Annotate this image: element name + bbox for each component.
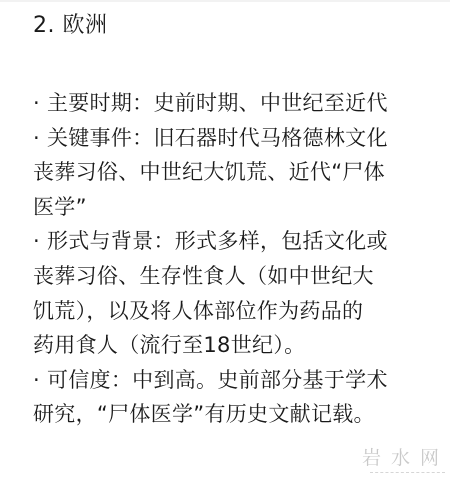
document-body: · 主要时期：史前时期、中世纪至近代 · 关键事件：旧石器时代马格德林文化 丧葬… (33, 86, 425, 432)
text-line-credibility-cont: 研究，“尸体医学”有历史文献记载。 (33, 397, 425, 432)
text-line-form-background-cont-2: 饥荒），以及将人体部位作为药品的 (33, 294, 425, 329)
text-line-form-background: · 形式与背景：形式多样，包括文化或 (33, 224, 425, 259)
text-line-key-events: · 关键事件：旧石器时代马格德林文化 (33, 121, 425, 156)
text-line-form-background-cont-3: 药用食人（流行至18世纪）。 (33, 328, 425, 363)
text-line-credibility: · 可信度：中到高。史前部分基于学术 (33, 363, 425, 398)
top-edge-divider (0, 0, 450, 2)
watermark-logo: 岩水网 (362, 443, 449, 470)
text-line-key-events-cont-2: 医学” (33, 190, 425, 225)
text-line-main-period: · 主要时期：史前时期、中世纪至近代 (33, 86, 425, 121)
watermark-underline (370, 472, 445, 475)
section-heading: 2. 欧洲 (33, 10, 107, 42)
text-line-form-background-cont-1: 丧葬习俗、生存性食人（如中世纪大 (33, 259, 425, 294)
text-line-key-events-cont-1: 丧葬习俗、中世纪大饥荒、近代“尸体 (33, 155, 425, 190)
